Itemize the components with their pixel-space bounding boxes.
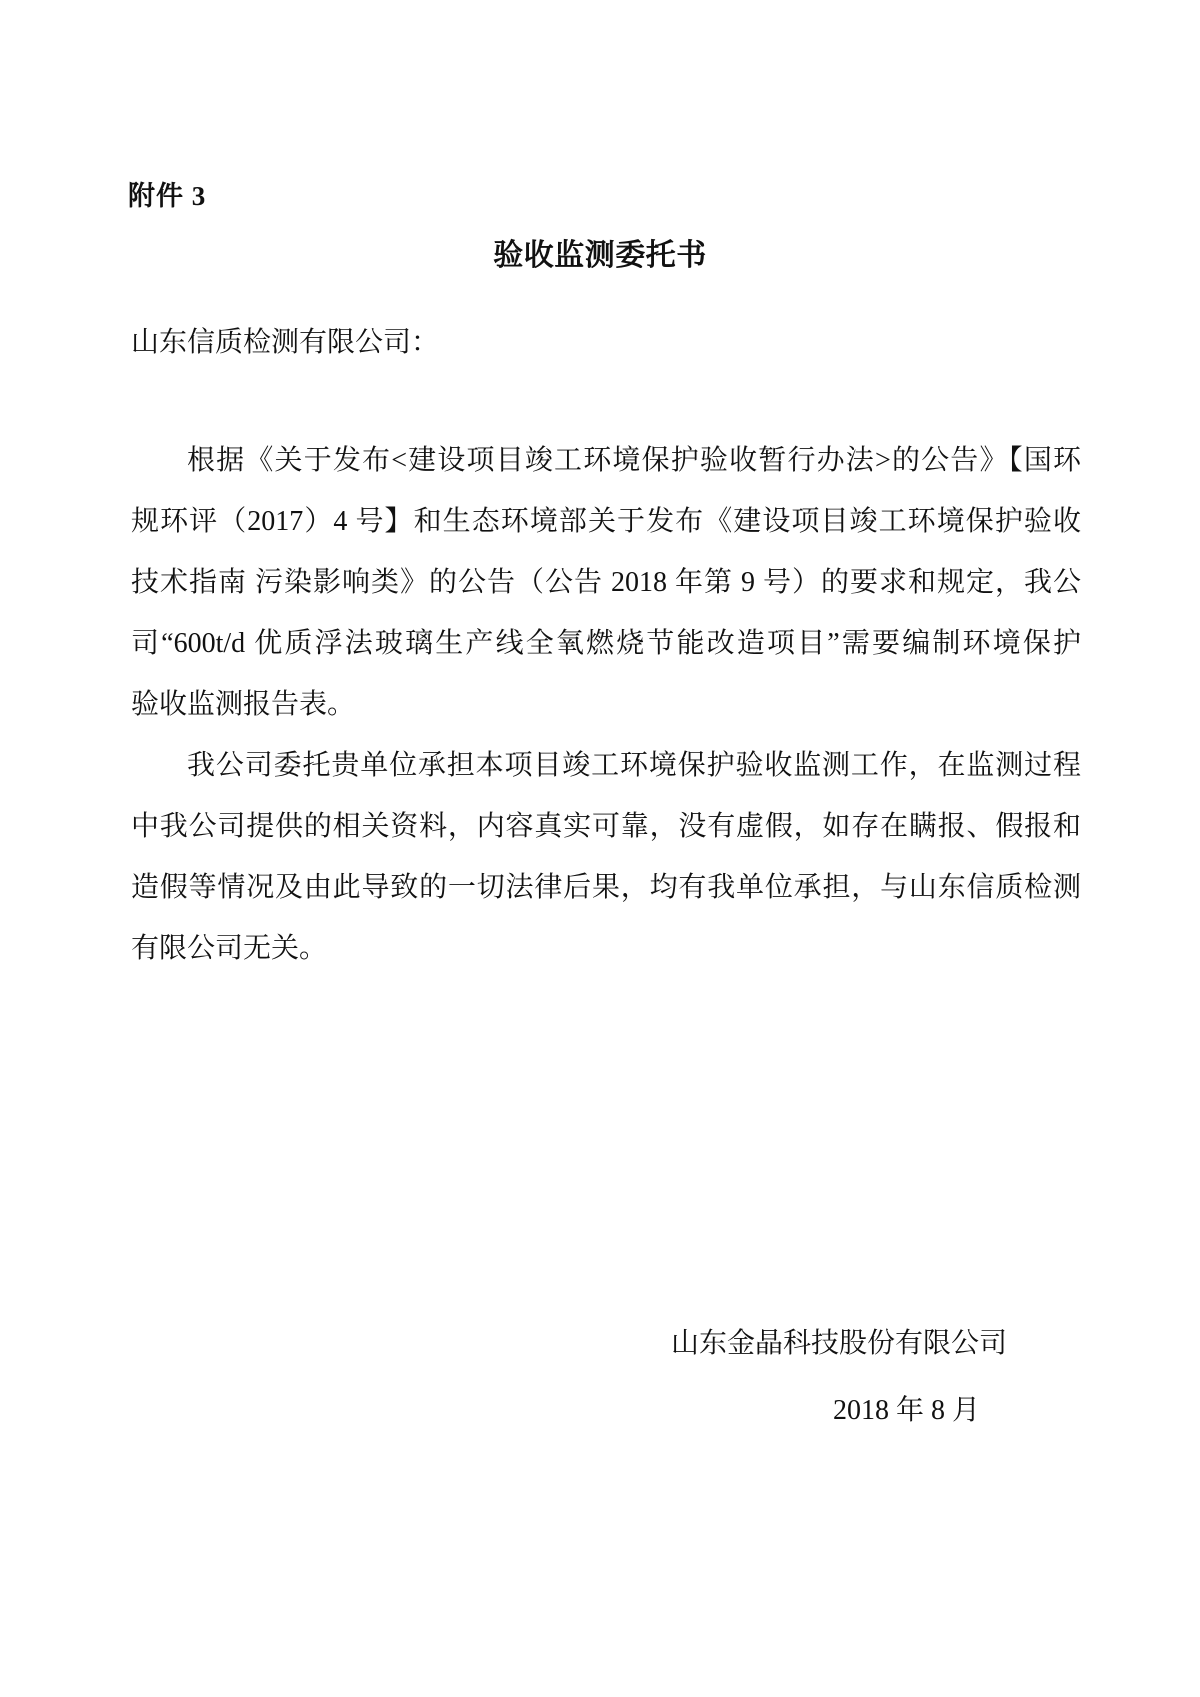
page-title: 验收监测委托书	[0, 239, 1200, 274]
signature-date: 2018 年 8 月	[833, 1394, 980, 1428]
body-line: 我公司委托贵单位承担本项目竣工环境保护验收监测工作，在监测过程	[131, 735, 1081, 796]
body-line: 有限公司无关。	[131, 918, 1081, 979]
attachment-label: 附件 3	[128, 181, 206, 212]
document-page: 附件 3 验收监测委托书 山东信质检测有限公司： 根据《关于发布<建设项目竣工环…	[0, 0, 1200, 1697]
body-line: 技术指南 污染影响类》的公告（公告 2018 年第 9 号）的要求和规定，我公	[131, 552, 1081, 613]
body-line: 中我公司提供的相关资料，内容真实可靠，没有虚假，如存在瞒报、假报和	[131, 796, 1081, 857]
body-line: 规环评（2017）4 号】和生态环境部关于发布《建设项目竣工环境保护验收	[131, 491, 1081, 552]
signature-company: 山东金晶科技股份有限公司	[671, 1327, 1007, 1361]
body-line: 根据《关于发布<建设项目竣工环境保护验收暂行办法>的公告》【国环	[131, 430, 1081, 491]
body-text: 根据《关于发布<建设项目竣工环境保护验收暂行办法>的公告》【国环 规环评（201…	[131, 430, 1081, 979]
body-line: 造假等情况及由此导致的一切法律后果，均有我单位承担，与山东信质检测	[131, 857, 1081, 918]
body-line: 验收监测报告表。	[131, 674, 1081, 735]
body-line: 司“600t/d 优质浮法玻璃生产线全氧燃烧节能改造项目”需要编制环境保护	[131, 613, 1081, 674]
salutation: 山东信质检测有限公司：	[131, 326, 439, 360]
